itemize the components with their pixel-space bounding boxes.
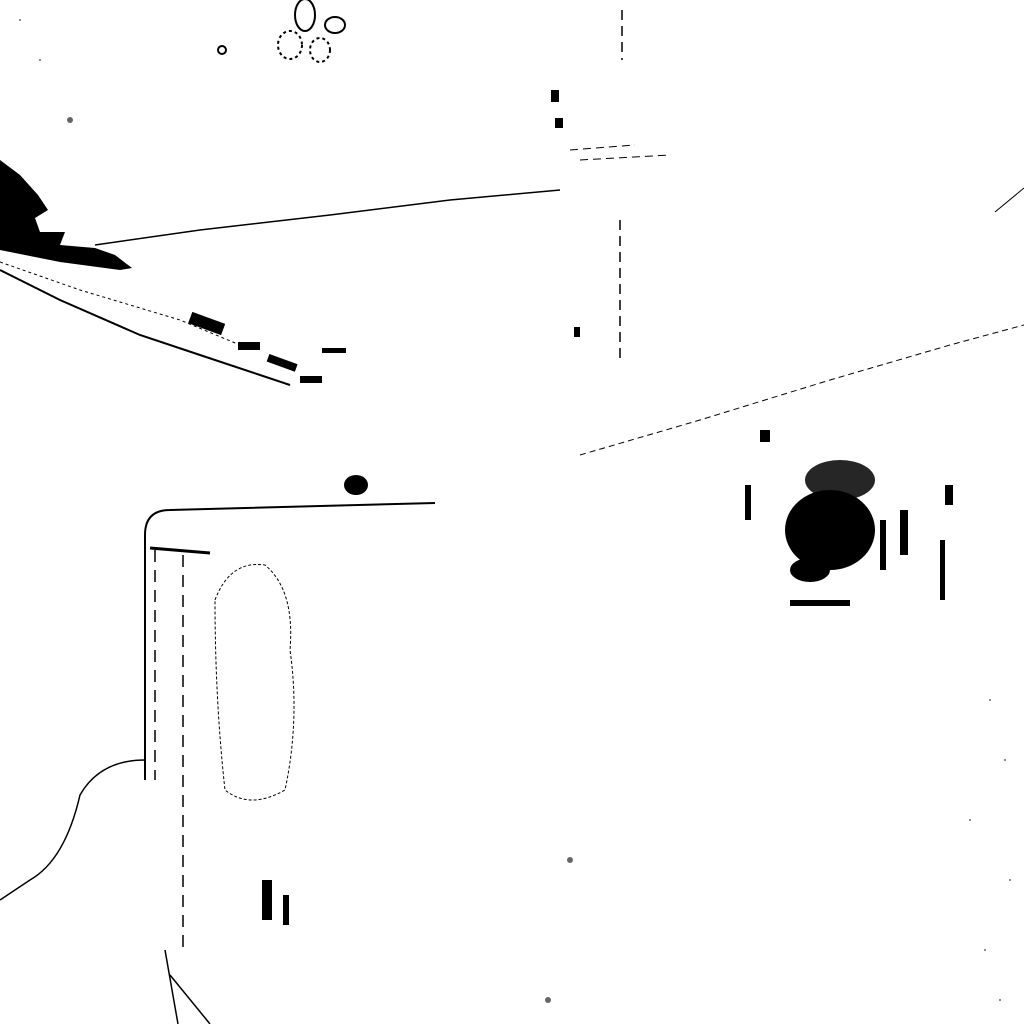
thresholded-photo (0, 0, 1024, 1024)
wall-edge-line (580, 325, 1024, 455)
wall-corner (145, 503, 435, 780)
dark-shadow (0, 160, 132, 270)
shelf-edge (0, 270, 290, 385)
ledge-edge-line (95, 190, 560, 245)
wall-stain (745, 430, 953, 606)
